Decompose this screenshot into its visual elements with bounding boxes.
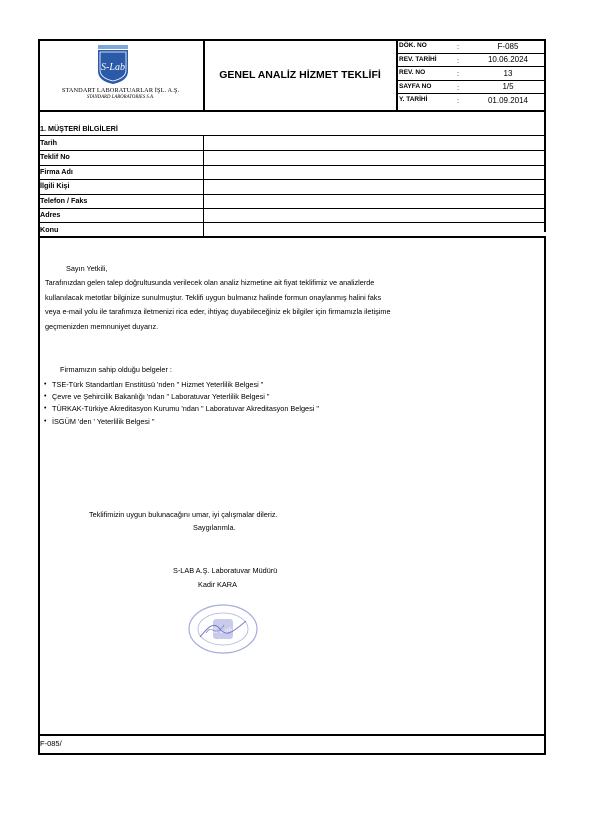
field-row-offer-no: Teklif No (38, 150, 545, 164)
field-label: Adres (40, 210, 60, 219)
regards-text: Saygılarımla. (193, 521, 236, 536)
company-name-field[interactable] (204, 165, 545, 178)
border-top (38, 39, 546, 41)
meta-value: 1/5 (477, 82, 539, 91)
row-line (38, 208, 546, 209)
footer-border-top (38, 734, 546, 736)
meta-value: 10.06.2024 (477, 55, 539, 64)
frame-right-lower (544, 237, 546, 755)
slab-logo-icon: S-Lab (96, 45, 130, 85)
field-label: Telefon / Faks (40, 196, 87, 205)
subject-field[interactable] (204, 223, 545, 236)
certificate-item: TÜRKAK-Türkiye Akreditasyon Kurumu 'ndan… (44, 403, 319, 415)
meta-label: REV. TARİHİ (399, 56, 437, 63)
signatory-title: S-LAB A.Ş. Laboratuvar Müdürü (173, 564, 277, 579)
meta-colon: : (457, 83, 459, 92)
contact-person-field[interactable] (204, 179, 545, 192)
meta-label: DÖK. NO (399, 42, 427, 49)
fields-border-bottom (38, 236, 546, 238)
field-row-subject: Konu (38, 223, 545, 237)
field-label: İlgili Kişi (40, 181, 70, 190)
meta-row-page-no: SAYFA NO : 1/5 (397, 81, 545, 95)
row-line (38, 179, 546, 180)
meta-label: SAYFA NO (399, 83, 431, 90)
company-logo-block: S-Lab STANDART LABORATUARLAR İŞL. A.Ş. S… (38, 40, 203, 110)
document-meta-table: DÖK. NO : F-085 REV. TARİHİ : 10.06.2024… (397, 40, 545, 108)
meta-label: Y. TARİHİ (399, 96, 427, 103)
field-row-phone-fax: Telefon / Faks (38, 194, 545, 208)
header-divider-title (396, 39, 398, 112)
certificates-list: TSE-Türk Standartları Enstitüsü 'nden " … (44, 379, 319, 428)
paragraph-line: kullanılacak metotlar bilginize sunulmuş… (45, 291, 381, 306)
meta-row-pub-date: Y. TARİHİ : 01.09.2014 (397, 94, 545, 108)
meta-colon: : (457, 69, 459, 78)
field-row-date: Tarih (38, 136, 545, 150)
paragraph-line: geçmenizden memnuniyet duyarız. (45, 320, 158, 335)
company-stamp-icon: S-Lab (186, 603, 260, 655)
address-field[interactable] (204, 208, 545, 221)
meta-value: 01.09.2014 (477, 96, 539, 105)
field-row-contact-person: İlgili Kişi (38, 179, 545, 193)
greeting: Sayın Yetkili, (66, 262, 107, 277)
svg-text:S-Lab: S-Lab (101, 62, 125, 73)
field-label: Tarih (40, 138, 57, 147)
field-label: Firma Adı (40, 167, 73, 176)
fields-column-divider (203, 136, 204, 237)
company-subtitle: STANDARD LABORATORIES S.A. (38, 95, 203, 100)
closing-text: Teklifimizin uygun bulunacağını umar, iy… (89, 508, 278, 523)
certificate-item: İSGÜM 'den ' Yeterlilik Belgesi '' (44, 416, 319, 428)
meta-row-rev-no: REV. NO : 13 (397, 67, 545, 81)
meta-row-rev-date: REV. TARİHİ : 10.06.2024 (397, 54, 545, 68)
row-line (38, 222, 546, 223)
field-label: Teklif No (40, 152, 70, 161)
header-divider-logo (203, 39, 205, 112)
field-row-company-name: Firma Adı (38, 165, 545, 179)
row-line (38, 150, 546, 151)
customer-section-title: 1. MÜŞTERİ BİLGİLERİ (40, 124, 118, 133)
phone-fax-field[interactable] (204, 194, 545, 207)
paragraph-line: Tarafınızdan gelen talep doğrultusunda v… (45, 276, 374, 291)
field-row-address: Adres (38, 208, 545, 222)
header-border-bottom (38, 110, 546, 112)
meta-colon: : (457, 56, 459, 65)
certificate-item: Çevre ve Şehircilik Bakanlığı 'ndan " La… (44, 391, 319, 403)
certificate-item: TSE-Türk Standartları Enstitüsü 'nden " … (44, 379, 319, 391)
meta-value: F-085 (477, 42, 539, 51)
field-label: Konu (40, 225, 58, 234)
meta-colon: : (457, 42, 459, 51)
row-line (38, 194, 546, 195)
border-bottom (38, 753, 546, 755)
date-field[interactable] (204, 136, 545, 149)
offer-no-field[interactable] (204, 150, 545, 163)
signatory-name: Kadir KARA (198, 578, 237, 593)
footer-form-code: F-085/ (40, 739, 62, 748)
meta-value: 13 (477, 69, 539, 78)
document-header: S-Lab STANDART LABORATUARLAR İŞL. A.Ş. S… (38, 40, 545, 110)
row-line (38, 165, 546, 166)
certificates-intro: Firmamızın sahip olduğu belgeler : (60, 363, 172, 378)
meta-row-doc-no: DÖK. NO : F-085 (397, 40, 545, 54)
document-title: GENEL ANALİZ HİZMET TEKLİFİ (204, 40, 396, 110)
meta-colon: : (457, 96, 459, 105)
meta-label: REV. NO (399, 69, 425, 76)
svg-text:S-Lab: S-Lab (213, 626, 232, 635)
company-name: STANDART LABORATUARLAR İŞL. A.Ş. (38, 87, 203, 94)
paragraph-line: veya e-mail yolu ile tarafımıza iletmeni… (45, 305, 391, 320)
